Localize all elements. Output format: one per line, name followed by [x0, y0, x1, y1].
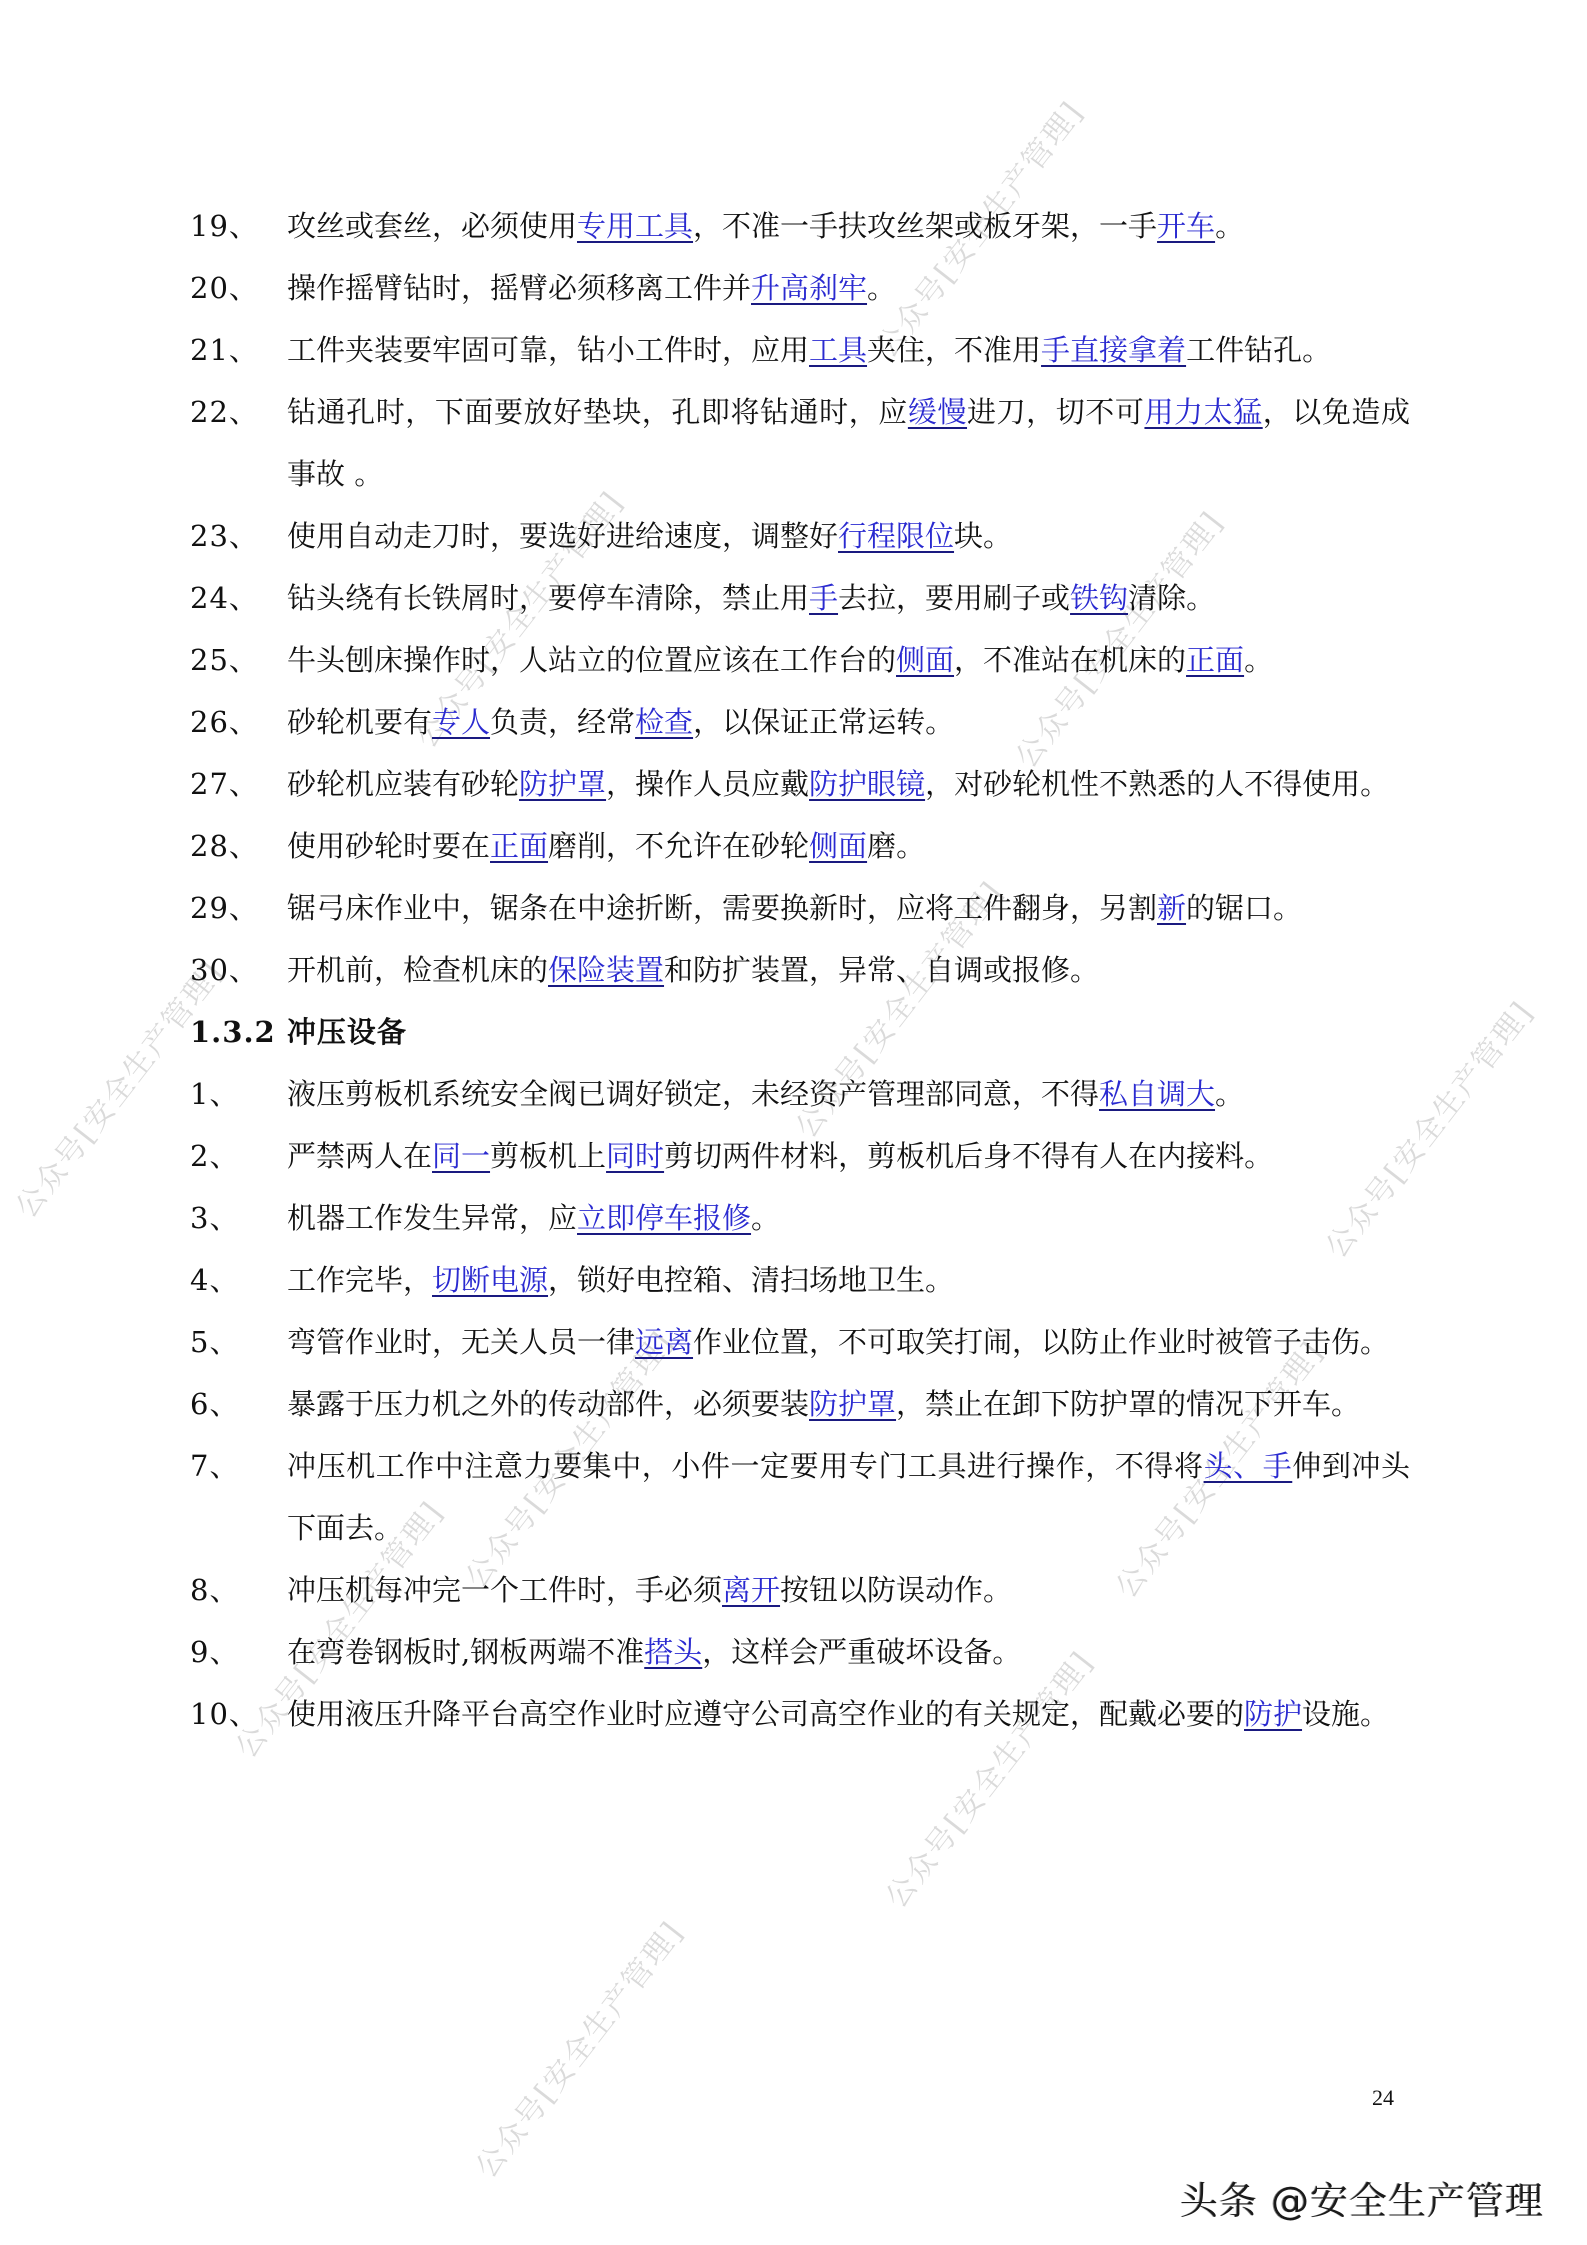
list-item: 23、使用自动走刀时，要选好进给速度，调整好行程限位块。: [190, 505, 1410, 567]
text-segment: 钻头绕有长铁屑时，要停车清除，禁止用: [287, 581, 809, 615]
item-text: 冲压机工作中注意力要集中，小件一定要用专门工具进行操作，不得将头、手伸到冲头下面…: [287, 1435, 1410, 1559]
text-segment: 操作摇臂钻时，摇臂必须移离工件并: [287, 271, 751, 305]
hyperlink[interactable]: 手直接拿着: [1041, 333, 1186, 367]
item-number: 25、: [190, 629, 287, 691]
text-segment: 的锯口。: [1186, 891, 1302, 925]
list-item: 2、严禁两人在同一剪板机上同时剪切两件材料，剪板机后身不得有人在内接料。: [190, 1125, 1410, 1187]
hyperlink[interactable]: 防护: [1244, 1697, 1302, 1731]
text-segment: ，锁好电控箱、清扫场地卫生。: [548, 1263, 954, 1297]
text-segment: 砂轮机要有: [287, 705, 432, 739]
text-segment: 使用自动走刀时，要选好进给速度，调整好: [287, 519, 838, 553]
text-segment: 作业位置，不可取笑打闹，以防止作业时被管子击伤。: [693, 1325, 1389, 1359]
list-item: 29、锯弓床作业中，锯条在中途折断，需要换新时，应将工件翻身，另割新的锯口。: [190, 877, 1410, 939]
hyperlink[interactable]: 用力太猛: [1144, 395, 1262, 429]
item-number: 5、: [190, 1311, 287, 1373]
hyperlink[interactable]: 离开: [722, 1573, 780, 1607]
item-number: 8、: [190, 1559, 287, 1621]
hyperlink[interactable]: 开车: [1157, 209, 1215, 243]
list-item: 8、冲压机每冲完一个工件时，手必须离开按钮以防误动作。: [190, 1559, 1410, 1621]
text-segment: 在弯卷钢板时,钢板两端不准: [287, 1635, 644, 1669]
hyperlink[interactable]: 手: [809, 581, 838, 615]
text-segment: 钻通孔时，下面要放好垫块，孔即将钻通时，应: [287, 395, 908, 429]
hyperlink[interactable]: 侧面: [896, 643, 954, 677]
item-text: 冲压机每冲完一个工件时，手必须离开按钮以防误动作。: [287, 1559, 1410, 1621]
text-segment: 砂轮机应装有砂轮: [287, 767, 519, 801]
text-segment: 牛头刨床操作时，人站立的位置应该在工作台的: [287, 643, 896, 677]
item-text: 使用自动走刀时，要选好进给速度，调整好行程限位块。: [287, 505, 1410, 567]
document-body: 19、攻丝或套丝，必须使用专用工具，不准一手扶攻丝架或板牙架，一手开车。20、操…: [190, 195, 1410, 1745]
list-item: 7、冲压机工作中注意力要集中，小件一定要用专门工具进行操作，不得将头、手伸到冲头…: [190, 1435, 1410, 1559]
text-segment: 块。: [954, 519, 1012, 553]
hyperlink[interactable]: 防护罩: [519, 767, 606, 801]
text-segment: 使用砂轮时要在: [287, 829, 490, 863]
text-segment: 攻丝或套丝，必须使用: [287, 209, 577, 243]
item-number: 24、: [190, 567, 287, 629]
list-item: 19、攻丝或套丝，必须使用专用工具，不准一手扶攻丝架或板牙架，一手开车。: [190, 195, 1410, 257]
text-segment: 按钮以防误动作。: [780, 1573, 1012, 1607]
text-segment: ，对砂轮机性不熟悉的人不得使用。: [925, 767, 1389, 801]
machining-rules-list: 19、攻丝或套丝，必须使用专用工具，不准一手扶攻丝架或板牙架，一手开车。20、操…: [190, 195, 1410, 1001]
item-text: 砂轮机应装有砂轮防护罩，操作人员应戴防护眼镜，对砂轮机性不熟悉的人不得使用。: [287, 753, 1410, 815]
list-item: 3、机器工作发生异常，应立即停车报修。: [190, 1187, 1410, 1249]
item-text: 开机前，检查机床的保险装置和防扩装置，异常、自调或报修。: [287, 939, 1410, 1001]
item-text: 严禁两人在同一剪板机上同时剪切两件材料，剪板机后身不得有人在内接料。: [287, 1125, 1410, 1187]
text-segment: 去拉，要用刷子或: [838, 581, 1070, 615]
hyperlink[interactable]: 头、手: [1204, 1449, 1293, 1483]
list-item: 20、操作摇臂钻时，摇臂必须移离工件并升高刹牢。: [190, 257, 1410, 319]
item-number: 21、: [190, 319, 287, 381]
item-text: 机器工作发生异常，应立即停车报修。: [287, 1187, 1410, 1249]
text-segment: ，不准一手扶攻丝架或板牙架，一手: [693, 209, 1157, 243]
item-number: 1、: [190, 1063, 287, 1125]
list-item: 5、弯管作业时，无关人员一律远离作业位置，不可取笑打闹，以防止作业时被管子击伤。: [190, 1311, 1410, 1373]
list-item: 26、砂轮机要有专人负责，经常检查，以保证正常运转。: [190, 691, 1410, 753]
text-segment: 和防扩装置，异常、自调或报修。: [664, 953, 1099, 987]
item-text: 砂轮机要有专人负责，经常检查，以保证正常运转。: [287, 691, 1410, 753]
item-number: 26、: [190, 691, 287, 753]
text-segment: 冲压机工作中注意力要集中，小件一定要用专门工具进行操作，不得将: [287, 1449, 1204, 1483]
item-text: 液压剪板机系统安全阀已调好锁定，未经资产管理部同意，不得私自调大。: [287, 1063, 1410, 1125]
section-heading: 1.3.2 冲压设备: [190, 1001, 1410, 1063]
list-item: 22、钻通孔时，下面要放好垫块，孔即将钻通时，应缓慢进刀，切不可用力太猛，以免造…: [190, 381, 1410, 505]
hyperlink[interactable]: 正面: [1186, 643, 1244, 677]
text-segment: ，这样会严重破坏设备。: [702, 1635, 1021, 1669]
text-segment: 夹住，不准用: [867, 333, 1041, 367]
page-number: 24: [1372, 2085, 1394, 2111]
hyperlink[interactable]: 专用工具: [577, 209, 693, 243]
hyperlink[interactable]: 侧面: [809, 829, 867, 863]
text-segment: 使用液压升降平台高空作业时应遵守公司高空作业的有关规定，配戴必要的: [287, 1697, 1244, 1731]
list-item: 21、工件夹装要牢固可靠，钻小工件时，应用工具夹住，不准用手直接拿着工件钻孔。: [190, 319, 1410, 381]
text-segment: 暴露于压力机之外的传动部件，必须要装: [287, 1387, 809, 1421]
item-text: 在弯卷钢板时,钢板两端不准搭头，这样会严重破坏设备。: [287, 1621, 1410, 1683]
hyperlink[interactable]: 远离: [635, 1325, 693, 1359]
text-segment: 磨削，不允许在砂轮: [548, 829, 809, 863]
source-brand-label: 头条 @安全生产管理: [1180, 2170, 1544, 2225]
text-segment: ，不准站在机床的: [954, 643, 1186, 677]
item-number: 28、: [190, 815, 287, 877]
hyperlink[interactable]: 立即停车报修: [577, 1201, 751, 1235]
text-segment: ，以保证正常运转。: [693, 705, 954, 739]
hyperlink[interactable]: 切断电源: [432, 1263, 548, 1297]
text-segment: 弯管作业时，无关人员一律: [287, 1325, 635, 1359]
item-text: 工件夹装要牢固可靠，钻小工件时，应用工具夹住，不准用手直接拿着工件钻孔。: [287, 319, 1410, 381]
item-text: 钻通孔时，下面要放好垫块，孔即将钻通时，应缓慢进刀，切不可用力太猛，以免造成事故…: [287, 381, 1410, 505]
hyperlink[interactable]: 正面: [490, 829, 548, 863]
item-number: 19、: [190, 195, 287, 257]
item-text: 钻头绕有长铁屑时，要停车清除，禁止用手去拉，要用刷子或铁钩清除。: [287, 567, 1410, 629]
list-item: 9、在弯卷钢板时,钢板两端不准搭头，这样会严重破坏设备。: [190, 1621, 1410, 1683]
hyperlink[interactable]: 工具: [809, 333, 867, 367]
item-number: 2、: [190, 1125, 287, 1187]
list-item: 1、液压剪板机系统安全阀已调好锁定，未经资产管理部同意，不得私自调大。: [190, 1063, 1410, 1125]
list-item: 27、砂轮机应装有砂轮防护罩，操作人员应戴防护眼镜，对砂轮机性不熟悉的人不得使用…: [190, 753, 1410, 815]
list-item: 30、开机前，检查机床的保险装置和防扩装置，异常、自调或报修。: [190, 939, 1410, 1001]
list-item: 10、使用液压升降平台高空作业时应遵守公司高空作业的有关规定，配戴必要的防护设施…: [190, 1683, 1410, 1745]
text-segment: 剪切两件材料，剪板机后身不得有人在内接料。: [664, 1139, 1273, 1173]
text-segment: 。: [1215, 1077, 1244, 1111]
text-segment: 。: [751, 1201, 780, 1235]
hyperlink[interactable]: 保险装置: [548, 953, 664, 987]
item-text: 工作完毕，切断电源，锁好电控箱、清扫场地卫生。: [287, 1249, 1410, 1311]
hyperlink[interactable]: 防护罩: [809, 1387, 896, 1421]
list-item: 24、钻头绕有长铁屑时，要停车清除，禁止用手去拉，要用刷子或铁钩清除。: [190, 567, 1410, 629]
hyperlink[interactable]: 防护眼镜: [809, 767, 925, 801]
hyperlink[interactable]: 行程限位: [838, 519, 954, 553]
text-segment: 进刀，切不可: [967, 395, 1144, 429]
hyperlink[interactable]: 检查: [635, 705, 693, 739]
item-number: 30、: [190, 939, 287, 1001]
text-segment: 。: [867, 271, 896, 305]
item-number: 29、: [190, 877, 287, 939]
hyperlink[interactable]: 缓慢: [908, 395, 967, 429]
text-segment: ，操作人员应戴: [606, 767, 809, 801]
text-segment: 机器工作发生异常，应: [287, 1201, 577, 1235]
list-item: 28、使用砂轮时要在正面磨削，不允许在砂轮侧面磨。: [190, 815, 1410, 877]
text-segment: 磨。: [867, 829, 925, 863]
list-item: 25、牛头刨床操作时，人站立的位置应该在工作台的侧面，不准站在机床的正面。: [190, 629, 1410, 691]
list-item: 6、暴露于压力机之外的传动部件，必须要装防护罩，禁止在卸下防护罩的情况下开车。: [190, 1373, 1410, 1435]
text-segment: 剪板机上: [490, 1139, 606, 1173]
item-number: 23、: [190, 505, 287, 567]
item-text: 弯管作业时，无关人员一律远离作业位置，不可取笑打闹，以防止作业时被管子击伤。: [287, 1311, 1410, 1373]
text-segment: 设施。: [1302, 1697, 1389, 1731]
text-segment: 工件夹装要牢固可靠，钻小工件时，应用: [287, 333, 809, 367]
item-text: 锯弓床作业中，锯条在中途折断，需要换新时，应将工件翻身，另割新的锯口。: [287, 877, 1410, 939]
hyperlink[interactable]: 新: [1157, 891, 1186, 925]
item-number: 27、: [190, 753, 287, 815]
stamping-rules-list: 1、液压剪板机系统安全阀已调好锁定，未经资产管理部同意，不得私自调大。2、严禁两…: [190, 1063, 1410, 1745]
text-segment: 清除。: [1128, 581, 1215, 615]
hyperlink[interactable]: 同一: [432, 1139, 490, 1173]
item-text: 操作摇臂钻时，摇臂必须移离工件并升高刹牢。: [287, 257, 1410, 319]
item-text: 攻丝或套丝，必须使用专用工具，不准一手扶攻丝架或板牙架，一手开车。: [287, 195, 1410, 257]
hyperlink[interactable]: 升高刹牢: [751, 271, 867, 305]
item-number: 3、: [190, 1187, 287, 1249]
text-segment: 锯弓床作业中，锯条在中途折断，需要换新时，应将工件翻身，另割: [287, 891, 1157, 925]
text-segment: 冲压机每冲完一个工件时，手必须: [287, 1573, 722, 1607]
item-number: 20、: [190, 257, 287, 319]
text-segment: 开机前，检查机床的: [287, 953, 548, 987]
text-segment: 液压剪板机系统安全阀已调好锁定，未经资产管理部同意，不得: [287, 1077, 1099, 1111]
item-number: 6、: [190, 1373, 287, 1435]
item-text: 使用砂轮时要在正面磨削，不允许在砂轮侧面磨。: [287, 815, 1410, 877]
text-segment: 。: [1244, 643, 1273, 677]
item-number: 10、: [190, 1683, 287, 1745]
item-number: 9、: [190, 1621, 287, 1683]
text-segment: 。: [1215, 209, 1244, 243]
hyperlink[interactable]: 铁钩: [1070, 581, 1128, 615]
item-text: 牛头刨床操作时，人站立的位置应该在工作台的侧面，不准站在机床的正面。: [287, 629, 1410, 691]
hyperlink[interactable]: 同时: [606, 1139, 664, 1173]
watermark-text: 公众号[安全生产管理]: [463, 1910, 692, 2186]
item-text: 使用液压升降平台高空作业时应遵守公司高空作业的有关规定，配戴必要的防护设施。: [287, 1683, 1410, 1745]
text-segment: 工件钻孔。: [1186, 333, 1331, 367]
text-segment: 工作完毕，: [287, 1263, 432, 1297]
document-page: 公众号[安全生产管理] 公众号[安全生产管理] 公众号[安全生产管理] 公众号[…: [0, 0, 1587, 2245]
item-number: 22、: [190, 381, 287, 443]
hyperlink[interactable]: 私自调大: [1099, 1077, 1215, 1111]
text-segment: 负责，经常: [490, 705, 635, 739]
text-segment: 严禁两人在: [287, 1139, 432, 1173]
text-segment: ，禁止在卸下防护罩的情况下开车。: [896, 1387, 1360, 1421]
item-text: 暴露于压力机之外的传动部件，必须要装防护罩，禁止在卸下防护罩的情况下开车。: [287, 1373, 1410, 1435]
list-item: 4、工作完毕，切断电源，锁好电控箱、清扫场地卫生。: [190, 1249, 1410, 1311]
item-number: 7、: [190, 1435, 287, 1497]
hyperlink[interactable]: 搭头: [644, 1635, 702, 1669]
item-number: 4、: [190, 1249, 287, 1311]
hyperlink[interactable]: 专人: [432, 705, 490, 739]
